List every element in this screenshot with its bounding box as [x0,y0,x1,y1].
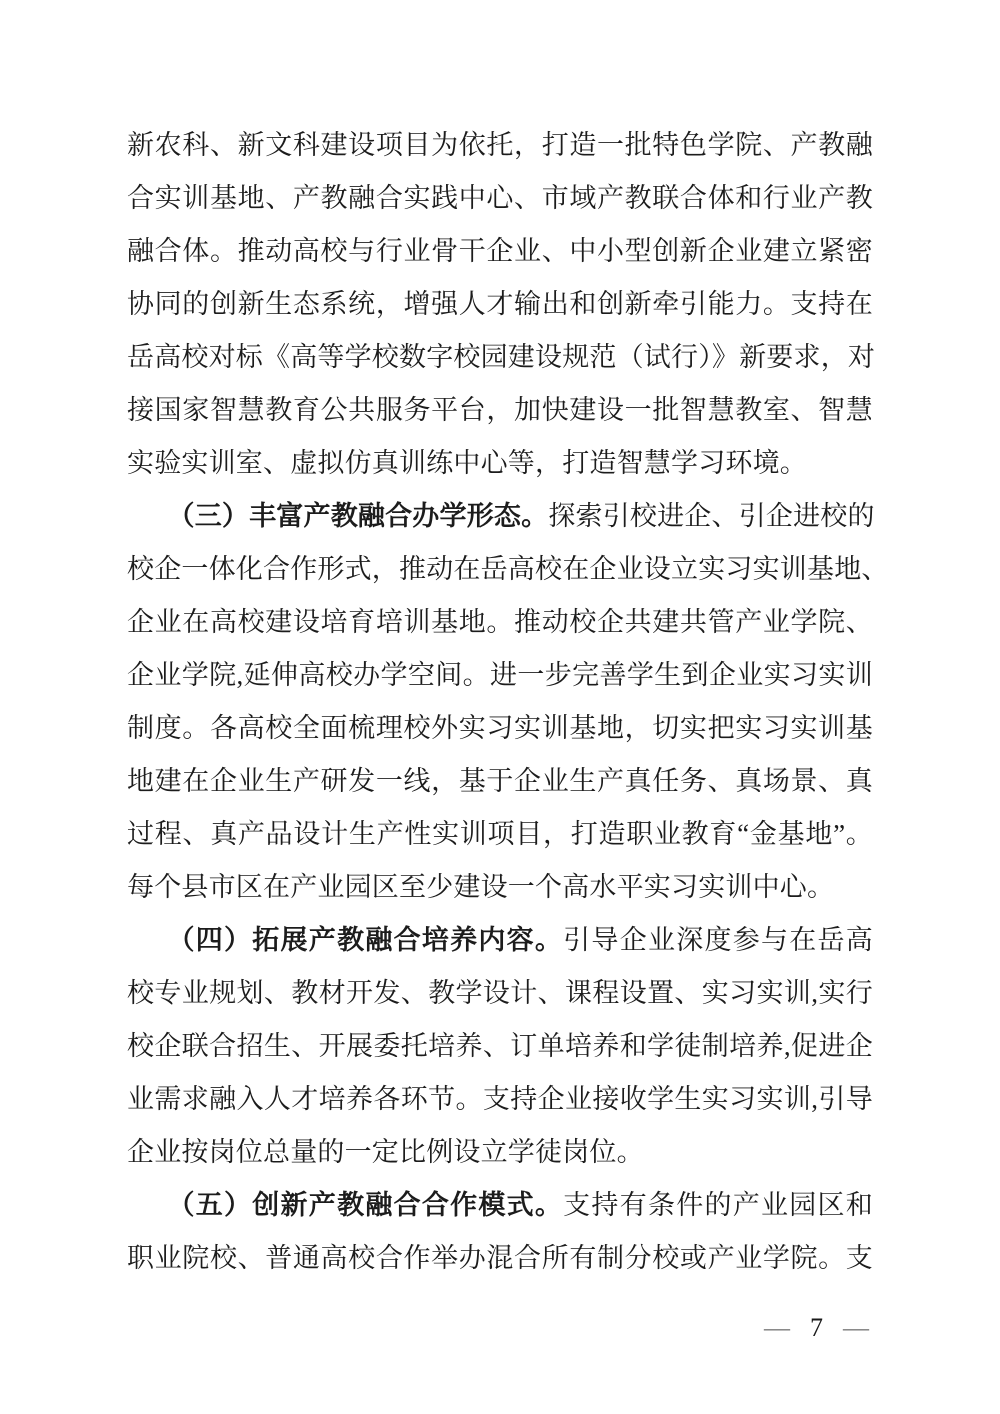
section-heading: （五）创新产教融合合作模式。 [168,1190,564,1220]
para-section-3: （三）丰富产教融合办学形态。探索引校进企、引企进校的校企一体化合作形式，推动在岳… [127,490,873,914]
section-heading: （四）拓展产教融合培养内容。 [168,925,564,955]
text-line: 实验实训室、虚拟仿真训练中心等，打造智慧学习环境。 [127,437,873,490]
text-line: 每个县市区在产业园区至少建设一个高水平实习实训中心。 [127,861,873,914]
text-line: 接国家智慧教育公共服务平台，加快建设一批智慧教室、智慧 [127,384,873,437]
text-line: 地建在企业生产研发一线，基于企业生产真任务、真场景、真 [127,755,873,808]
text-line: 校专业规划、教材开发、教学设计、课程设置、实习实训,实行 [127,967,873,1020]
text-line: （五）创新产教融合合作模式。支持有条件的产业园区和 [127,1179,873,1232]
document-body: 新农科、新文科建设项目为依托，打造一批特色学院、产教融合实训基地、产教融合实践中… [127,119,873,1285]
text-line: 合实训基地、产教融合实践中心、市域产教联合体和行业产教 [127,172,873,225]
text-line: 校企一体化合作形式，推动在岳高校在企业设立实习实训基地、 [127,543,873,596]
text-line: 业需求融入人才培养各环节。支持企业接收学生实习实训,引导 [127,1073,873,1126]
page-number: 7 [810,1312,823,1344]
text-line: 企业学院,延伸高校办学空间。进一步完善学生到企业实习实训 [127,649,873,702]
document-page: 新农科、新文科建设项目为依托，打造一批特色学院、产教融合实训基地、产教融合实践中… [0,0,1000,1414]
footer-dash-left: — [764,1312,790,1344]
page-footer: — 7 — [764,1312,869,1344]
text-line: 校企联合招生、开展委托培养、订单培养和学徒制培养,促进企 [127,1020,873,1073]
text-line: （三）丰富产教融合办学形态。探索引校进企、引企进校的 [127,490,873,543]
text-line: 融合体。推动高校与行业骨干企业、中小型创新企业建立紧密 [127,225,873,278]
text-line: 岳高校对标《高等学校数字校园建设规范（试行）》新要求，对 [127,331,873,384]
text-line: （四）拓展产教融合培养内容。引导企业深度参与在岳高 [127,914,873,967]
text-line: 制度。各高校全面梳理校外实习实训基地，切实把实习实训基 [127,702,873,755]
text-line: 新农科、新文科建设项目为依托，打造一批特色学院、产教融 [127,119,873,172]
text-line: 职业院校、普通高校合作举办混合所有制分校或产业学院。支 [127,1232,873,1285]
text-line: 企业按岗位总量的一定比例设立学徒岗位。 [127,1126,873,1179]
para-section-4: （四）拓展产教融合培养内容。引导企业深度参与在岳高校专业规划、教材开发、教学设计… [127,914,873,1179]
section-heading: （三）丰富产教融合办学形态。 [168,501,549,531]
footer-dash-right: — [843,1312,869,1344]
text-line: 过程、真产品设计生产性实训项目，打造职业教育“金基地”。 [127,808,873,861]
text-line: 企业在高校建设培育培训基地。推动校企共建共管产业学院、 [127,596,873,649]
text-line: 协同的创新生态系统，增强人才输出和创新牵引能力。支持在 [127,278,873,331]
para-section-5: （五）创新产教融合合作模式。支持有条件的产业园区和职业院校、普通高校合作举办混合… [127,1179,873,1285]
para-continuation: 新农科、新文科建设项目为依托，打造一批特色学院、产教融合实训基地、产教融合实践中… [127,119,873,490]
